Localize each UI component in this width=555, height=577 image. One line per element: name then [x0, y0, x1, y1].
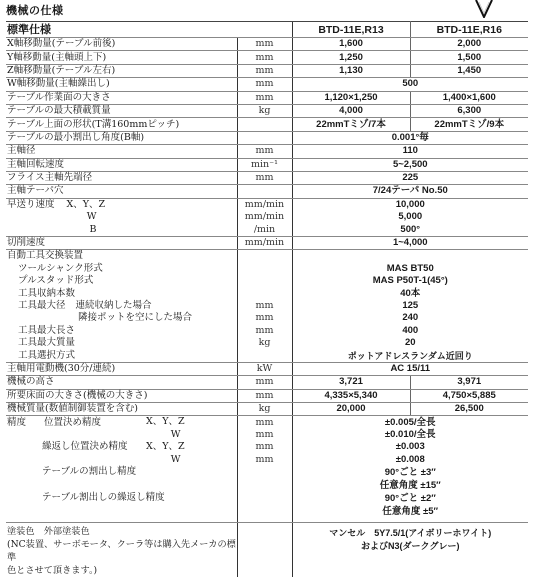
- repeat-label: 繰返し位置決め精度: [42, 441, 128, 452]
- table-row: 工具収納本数 40本: [6, 287, 528, 299]
- rapid-label: 早送り速度: [7, 199, 55, 210]
- row-value-r13: 4,000: [292, 104, 410, 117]
- row-unit: mm: [237, 312, 292, 324]
- row-label: 工具選択方式: [6, 349, 237, 362]
- row-value-r16: 6,300: [410, 104, 528, 117]
- table-row: テーブル上面の形状(T溝160mmピッチ) 22mmTミゾ/7本 22mmTミゾ…: [6, 118, 528, 131]
- row-value-r13: 4,335×5,340: [292, 389, 410, 402]
- table-row-paint: 塗装色 外部塗装色 (NC装置、サーボモータ、クーラ等は購入先メーカの標準 色と…: [6, 522, 528, 577]
- row-value: 225: [292, 171, 528, 184]
- table-row: 工具選択方式 ポットアドレスランダム近回り: [6, 349, 528, 362]
- row-unit: mm: [237, 429, 292, 441]
- value-line: 90°ごと ±3″: [293, 466, 529, 479]
- row-label: ツールシャンク形式: [6, 263, 237, 275]
- value-line: 任意角度 ±5″: [293, 505, 529, 518]
- table-row-atc: 自動工具交換装置: [6, 250, 528, 263]
- value-line: 任意角度 ±15″: [293, 479, 529, 492]
- table-row: テーブル割出しの繰返し精度 90°ごと ±2″ 任意角度 ±5″: [6, 492, 528, 523]
- table-row: テーブル作業面の大きさ mm 1,120×1,250 1,400×1,600: [6, 91, 528, 104]
- sub-label: 連続収納した場合: [76, 300, 152, 311]
- row-label: X軸移動量(テーブル前後): [6, 38, 237, 51]
- row-unit: [237, 131, 292, 144]
- table-row: 工具最大径連続収納した場合 mm 125: [6, 300, 528, 312]
- row-value: 90°ごと ±2″ 任意角度 ±5″: [292, 492, 528, 523]
- row-unit: mm: [237, 441, 292, 453]
- row-unit: [237, 287, 292, 299]
- column-header-r13: BTD-11E,R13: [292, 22, 410, 38]
- section-title: 標準仕様: [6, 22, 292, 38]
- row-label: テーブル作業面の大きさ: [6, 91, 237, 104]
- table-row: 隣接ポットを空にした場合 mm 240: [6, 312, 528, 324]
- row-label: フライス主軸先端径: [6, 171, 237, 184]
- row-value: 40本: [292, 287, 528, 299]
- row-value: 0.001°毎: [292, 131, 528, 144]
- row-label: 主軸径: [6, 145, 237, 158]
- row-value: 5,000: [292, 211, 528, 223]
- paint-note: (NC装置、サーボモータ、クーラ等は購入先メーカの標準: [7, 538, 237, 564]
- row-value-r16: 26,500: [410, 402, 528, 415]
- row-value: 500°: [292, 223, 528, 236]
- paint-label: 塗装色 外部塗装色: [7, 525, 237, 538]
- table-row: W mm ±0.010/全長: [6, 429, 528, 441]
- row-value: ±0.008: [292, 454, 528, 466]
- table-row-rapid-b: B /min 500°: [6, 223, 528, 236]
- table-row: ツールシャンク形式 MAS BT50: [6, 263, 528, 275]
- row-unit: kg: [237, 402, 292, 415]
- row-value: ±0.010/全長: [292, 429, 528, 441]
- row-unit: [237, 492, 292, 523]
- row-unit: mm: [237, 38, 292, 51]
- axis-label: B: [6, 223, 237, 236]
- row-unit: mm: [237, 78, 292, 91]
- table-row: Z軸移動量(テーブル左右) mm 1,130 1,450: [6, 64, 528, 77]
- row-label: テーブル割出しの繰返し精度: [6, 492, 237, 523]
- row-value-r16: 2,000: [410, 38, 528, 51]
- row-value: MAS BT50: [292, 263, 528, 275]
- paint-note: 色とさせて頂きます。): [7, 564, 237, 577]
- row-value: MAS P50T-1(45°): [292, 275, 528, 287]
- row-value-r13: 20,000: [292, 402, 410, 415]
- row-label: テーブル上面の形状(T溝160mmピッチ): [6, 118, 237, 131]
- tool-diameter-label: 工具最大径: [18, 300, 66, 311]
- table-row: 所要床面の大きさ(機械の大きさ) mm 4,335×5,340 4,750×5,…: [6, 389, 528, 402]
- row-value-r16: 22mmTミゾ/9本: [410, 118, 528, 131]
- table-row-cutting-speed: 切削速度 mm/min 1~4,000: [6, 236, 528, 249]
- row-unit: [237, 185, 292, 198]
- row-unit: kg: [237, 337, 292, 349]
- row-value-r13: 3,721: [292, 376, 410, 389]
- positioning-label: 位置決め精度: [44, 417, 101, 428]
- row-value: 90°ごと ±3″ 任意角度 ±15″: [292, 466, 528, 492]
- axis-label: W: [6, 211, 237, 223]
- arrow-down-icon: [474, 0, 494, 18]
- row-value-r13: 1,250: [292, 51, 410, 64]
- row-unit: [237, 349, 292, 362]
- axis-label: X、Y、Z: [146, 441, 185, 453]
- accuracy-label: 精度: [7, 417, 26, 428]
- row-label: 精度位置決め精度 X、Y、Z: [6, 416, 237, 429]
- row-unit: min⁻¹: [237, 158, 292, 171]
- row-unit: mm: [237, 145, 292, 158]
- row-label: 機械の高さ: [6, 376, 237, 389]
- table-row: W軸移動量(主軸繰出し) mm 500: [6, 78, 528, 91]
- row-value: 500: [292, 78, 528, 91]
- row-unit: [237, 466, 292, 492]
- table-row-accuracy: 精度位置決め精度 X、Y、Z mm ±0.005/全長: [6, 416, 528, 429]
- row-label: 主軸用電動機(30分/連続): [6, 362, 237, 375]
- row-value-r16: 1,400×1,600: [410, 91, 528, 104]
- value-line: マンセル 5Y7.5/1(アイボリーホワイト): [293, 527, 529, 540]
- row-label: 工具最大径連続収納した場合: [6, 300, 237, 312]
- row-unit: [237, 118, 292, 131]
- row-value: 110: [292, 145, 528, 158]
- table-header-row: 標準仕様 BTD-11E,R13 BTD-11E,R16: [6, 22, 528, 38]
- row-label: 早送り速度X、Y、Z: [6, 198, 237, 211]
- row-value: 125: [292, 300, 528, 312]
- row-unit: /min: [237, 223, 292, 236]
- row-label: 主軸回転速度: [6, 158, 237, 171]
- spec-table: 標準仕様 BTD-11E,R13 BTD-11E,R16 X軸移動量(テーブル前…: [6, 21, 528, 577]
- row-value-r13: 1,120×1,250: [292, 91, 410, 104]
- row-label: 工具最大長さ: [6, 325, 237, 337]
- table-row: 繰返し位置決め精度 X、Y、Z mm ±0.003: [6, 441, 528, 453]
- row-unit: kW: [237, 362, 292, 375]
- row-value-r13: 1,600: [292, 38, 410, 51]
- row-value-r13: 1,130: [292, 64, 410, 77]
- row-unit: mm: [237, 64, 292, 77]
- axis-label: W: [6, 429, 237, 441]
- row-unit: mm/min: [237, 198, 292, 211]
- table-row: 工具最大長さ mm 400: [6, 325, 528, 337]
- row-label: テーブルの最大積載質量: [6, 104, 237, 117]
- table-row-motor: 主軸用電動機(30分/連続) kW AC 15/11: [6, 362, 528, 375]
- table-row-rapid-w: W mm/min 5,000: [6, 211, 528, 223]
- row-label: 工具収納本数: [6, 287, 237, 299]
- row-label: テーブルの割出し精度: [6, 466, 237, 492]
- value-line: 90°ごと ±2″: [293, 492, 529, 505]
- row-label: プルスタッド形式: [6, 275, 237, 287]
- table-row: 主軸回転速度 min⁻¹ 5~2,500: [6, 158, 528, 171]
- table-row: 機械質量(数値制御装置を含む) kg 20,000 26,500: [6, 402, 528, 415]
- row-value: 20: [292, 337, 528, 349]
- row-value: 7/24テーパ No.50: [292, 185, 528, 198]
- row-value: [292, 250, 528, 263]
- row-label: 機械質量(数値制御装置を含む): [6, 402, 237, 415]
- row-label: テーブルの最小割出し角度(B軸): [6, 131, 237, 144]
- value-line: およびN3(ダークグレー): [293, 540, 529, 553]
- row-unit: mm: [237, 300, 292, 312]
- axis-label: X、Y、Z: [67, 199, 106, 210]
- row-value: 400: [292, 325, 528, 337]
- table-row: Y軸移動量(主軸頭上下) mm 1,250 1,500: [6, 51, 528, 64]
- column-header-r16: BTD-11E,R16: [410, 22, 528, 38]
- row-label: 塗装色 外部塗装色 (NC装置、サーボモータ、クーラ等は購入先メーカの標準 色と…: [6, 522, 237, 577]
- row-value-r16: 4,750×5,885: [410, 389, 528, 402]
- row-value: 1~4,000: [292, 236, 528, 249]
- row-label: W軸移動量(主軸繰出し): [6, 78, 237, 91]
- row-value-r16: 1,450: [410, 64, 528, 77]
- row-unit: mm: [237, 171, 292, 184]
- row-unit: [237, 263, 292, 275]
- axis-label: W: [6, 454, 237, 466]
- row-unit: mm/min: [237, 211, 292, 223]
- row-value-r16: 3,971: [410, 376, 528, 389]
- row-unit: mm/min: [237, 236, 292, 249]
- page-title: 機械の仕様: [6, 2, 64, 18]
- row-value: マンセル 5Y7.5/1(アイボリーホワイト) およびN3(ダークグレー): [292, 522, 528, 577]
- row-unit: mm: [237, 416, 292, 429]
- row-unit: [237, 522, 292, 577]
- row-unit: mm: [237, 325, 292, 337]
- row-value: ±0.005/全長: [292, 416, 528, 429]
- row-value: AC 15/11: [292, 362, 528, 375]
- table-row: X軸移動量(テーブル前後) mm 1,600 2,000: [6, 38, 528, 51]
- table-row: 主軸径 mm 110: [6, 145, 528, 158]
- row-unit: mm: [237, 389, 292, 402]
- row-label: 主軸テーパ穴: [6, 185, 237, 198]
- table-row: W mm ±0.008: [6, 454, 528, 466]
- row-value-r13: 22mmTミゾ/7本: [292, 118, 410, 131]
- axis-label: X、Y、Z: [146, 416, 185, 428]
- table-row: 主軸テーパ穴 7/24テーパ No.50: [6, 185, 528, 198]
- row-label: Y軸移動量(主軸頭上下): [6, 51, 237, 64]
- row-unit: mm: [237, 454, 292, 466]
- row-unit: [237, 250, 292, 263]
- row-unit: mm: [237, 51, 292, 64]
- row-value: ポットアドレスランダム近回り: [292, 349, 528, 362]
- row-unit: kg: [237, 104, 292, 117]
- row-value-r16: 1,500: [410, 51, 528, 64]
- row-label: Z軸移動量(テーブル左右): [6, 64, 237, 77]
- table-row: フライス主軸先端径 mm 225: [6, 171, 528, 184]
- row-label: 繰返し位置決め精度 X、Y、Z: [6, 441, 237, 453]
- table-row: テーブルの最小割出し角度(B軸) 0.001°毎: [6, 131, 528, 144]
- row-value: 240: [292, 312, 528, 324]
- row-unit: mm: [237, 376, 292, 389]
- table-row: テーブルの割出し精度 90°ごと ±3″ 任意角度 ±15″: [6, 466, 528, 492]
- row-label: 工具最大質量: [6, 337, 237, 349]
- table-row: テーブルの最大積載質量 kg 4,000 6,300: [6, 104, 528, 117]
- row-value: ±0.003: [292, 441, 528, 453]
- row-value: 10,000: [292, 198, 528, 211]
- table-row: プルスタッド形式 MAS P50T-1(45°): [6, 275, 528, 287]
- table-row-rapid-xyz: 早送り速度X、Y、Z mm/min 10,000: [6, 198, 528, 211]
- row-unit: mm: [237, 91, 292, 104]
- table-row: 工具最大質量 kg 20: [6, 337, 528, 349]
- sub-label: 隣接ポットを空にした場合: [6, 312, 237, 324]
- row-label: 自動工具交換装置: [6, 250, 237, 263]
- table-row: 機械の高さ mm 3,721 3,971: [6, 376, 528, 389]
- row-value: 5~2,500: [292, 158, 528, 171]
- row-label: 所要床面の大きさ(機械の大きさ): [6, 389, 237, 402]
- row-unit: [237, 275, 292, 287]
- row-label: 切削速度: [6, 236, 237, 249]
